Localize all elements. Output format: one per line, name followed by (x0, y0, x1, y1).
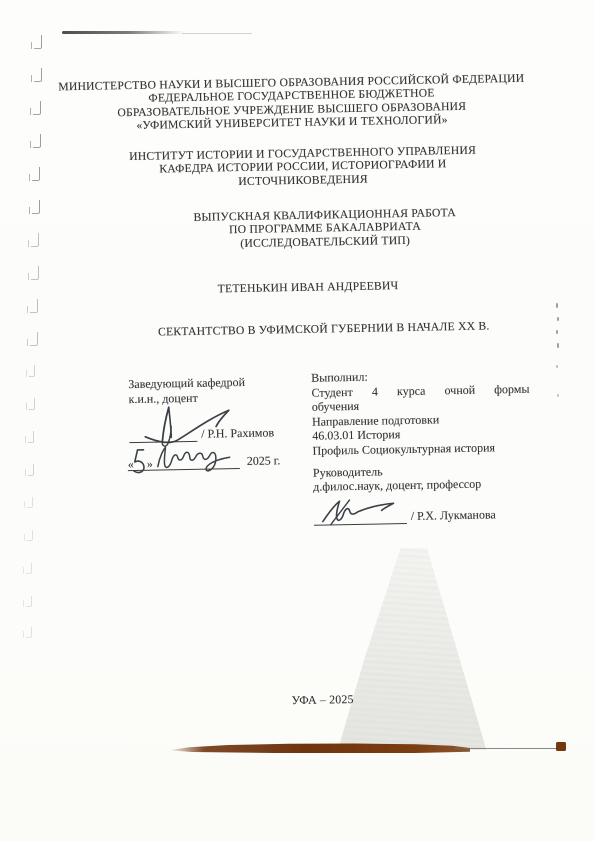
department-head-signature-line: / Р.Н. Рахимов (129, 426, 274, 443)
date-year: 2025 г. (247, 454, 281, 469)
work-type-header: ВЫПУСКНАЯ КВАЛИФИКАЦИОННАЯ РАБОТА ПО ПРО… (27, 203, 595, 254)
author-name-text: ТЕТЕНЬКИН ИВАН АНДРЕЕВИЧ (11, 275, 595, 299)
footer: УФА – 2025 (25, 687, 595, 713)
scanned-thesis-title-page: МИНИСТЕРСТВО НАУКИ И ВЫСШЕГО ОБРАЗОВАНИЯ… (0, 0, 595, 841)
ministry-header: МИНИСТЕРСТВО НАУКИ И ВЫСШЕГО ОБРАЗОВАНИЯ… (0, 71, 590, 136)
department-head-name: / Р.Н. Рахимов (201, 426, 274, 442)
thesis-title: СЕКТАНТСТВО В УФИМСКОЙ ГУБЕРНИИ В НАЧАЛЕ… (26, 317, 595, 341)
handwritten-month (153, 441, 238, 475)
author-name: ТЕТЕНЬКИН ИВАН АНДРЕЕВИЧ (11, 275, 595, 299)
student-info: Студент 4 курса очной формы обучения (311, 381, 529, 414)
binder-edge-corner (556, 742, 566, 751)
student-column: Выполнил: Студент 4 курса очной формы об… (311, 367, 531, 495)
page-content: МИНИСТЕРСТВО НАУКИ И ВЫСШЕГО ОБРАЗОВАНИЯ… (0, 0, 595, 841)
handwritten-day (129, 447, 150, 475)
city-year: УФА – 2025 (25, 687, 595, 713)
institute-header: ИНСТИТУТ ИСТОРИИ И ГОСУДАРСТВЕННОГО УПРА… (5, 141, 595, 192)
supervisor-signature-line: / Р.Х. Лукманова (314, 508, 496, 525)
supervisor-degree: д.филос.наук, доцент, профессор (313, 476, 531, 495)
thesis-title-text: СЕКТАНТСТВО В УФИМСКОЙ ГУБЕРНИИ В НАЧАЛЕ… (26, 317, 595, 341)
supervisor-name: / Р.Х. Лукманова (411, 508, 496, 524)
department-head-column: Заведующий кафедрой к.и.н., доцент / Р.Н… (128, 374, 314, 407)
binder-edge-line (455, 748, 563, 749)
signature-underline (314, 510, 407, 526)
signature-underline (129, 428, 197, 443)
